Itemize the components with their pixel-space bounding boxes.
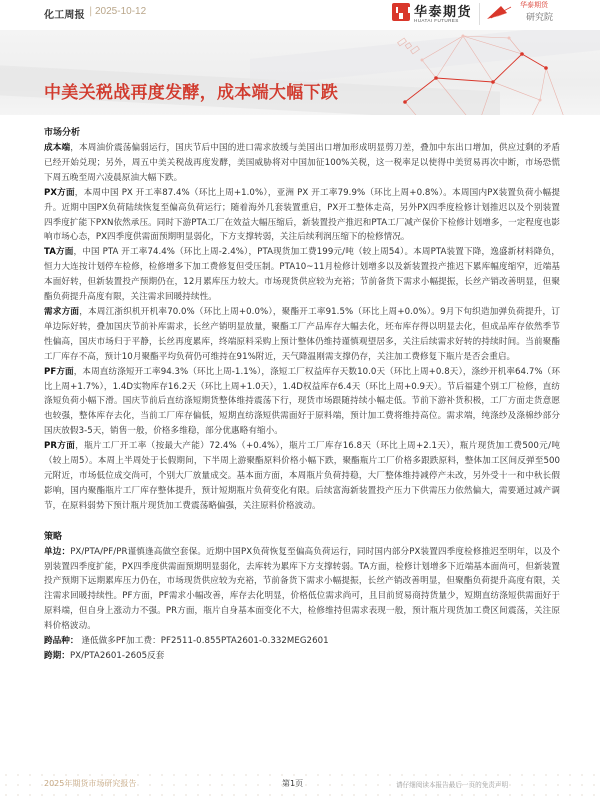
- logo-english-name: HUATAI FUTURES: [414, 18, 459, 23]
- strategy-cross-period: 跨期：PX/PTA2601-2605反套: [44, 649, 560, 664]
- page-number: 第1页: [282, 778, 303, 789]
- cost-side-paragraph: 成本端，本周油价震荡偏弱运行，国庆节后中国的进口需求放缓与美国出口增加形成明显剪…: [44, 141, 560, 186]
- strategy-title: 策略: [44, 530, 560, 545]
- footer-report-name: 2025年期货市场研究报告: [44, 778, 136, 789]
- report-footer: 2025年期货市场研究报告 第1页 请仔细阅读本报告最后一页的免责声明: [0, 770, 600, 800]
- strategy-single-side: 单边：PX/PTA/PF/PR谨慎逢高做空套保。近期中国PX负荷恢复至偏高负荷运…: [44, 545, 560, 634]
- market-analysis-title: 市场分析: [44, 126, 560, 141]
- report-date: 2025-10-12: [95, 6, 146, 17]
- huatai-logo-icon: [392, 3, 410, 21]
- ta-paragraph: TA方面，中国 PTA 开工率74.4%（环比上周-2.4%），PTA现货加工费…: [44, 245, 560, 305]
- demand-paragraph: 需求方面，本周江浙织机开机率70.0%（环比上周+0.0%），聚酯开工率91.5…: [44, 305, 560, 365]
- huatai-futures-logo: 华泰期货 HUATAI FUTURES: [392, 1, 488, 27]
- disclaimer-note: 请仔细阅读本报告最后一页的免责声明: [396, 779, 508, 789]
- research-institute-logo-icon: [485, 3, 513, 23]
- title-banner: 中美关税战再度发酵，成本端大幅下跌: [0, 30, 600, 120]
- report-page: 化工周报 | 2025-10-12 华泰期货 HUATAI FUTURES 华泰…: [0, 0, 600, 800]
- report-type: 化工周报: [44, 6, 85, 21]
- px-paragraph: PX方面，本周中国 PX 开工率87.4%（环比上周+1.0%），亚洲 PX 开…: [44, 186, 560, 246]
- pf-paragraph: PF方面，本周直纺涤短开工率94.3%（环比上周-1.1%），涤短工厂权益库存天…: [44, 365, 560, 440]
- header-separator: |: [89, 6, 92, 17]
- pr-paragraph: PR方面，瓶片工厂开工率（按最大产能）72.4%（+0.4%），瓶片工厂库存16…: [44, 439, 560, 514]
- institute-parent-name: 华泰期货: [520, 0, 548, 10]
- report-header: 化工周报 | 2025-10-12 华泰期货 HUATAI FUTURES 华泰…: [0, 0, 600, 30]
- network-graphic-icon: [380, 30, 570, 120]
- report-headline: 中美关税战再度发酵，成本端大幅下跌: [44, 78, 338, 103]
- logo-divider: [479, 3, 480, 25]
- report-body: 市场分析 成本端，本周油价震荡偏弱运行，国庆节后中国的进口需求放缓与美国出口增加…: [44, 126, 560, 664]
- institute-name: 研究院: [526, 10, 553, 23]
- strategy-cross-product: 跨品种： 逢低做多PF加工费：PF2511-0.855PTA2601-0.332…: [44, 634, 560, 649]
